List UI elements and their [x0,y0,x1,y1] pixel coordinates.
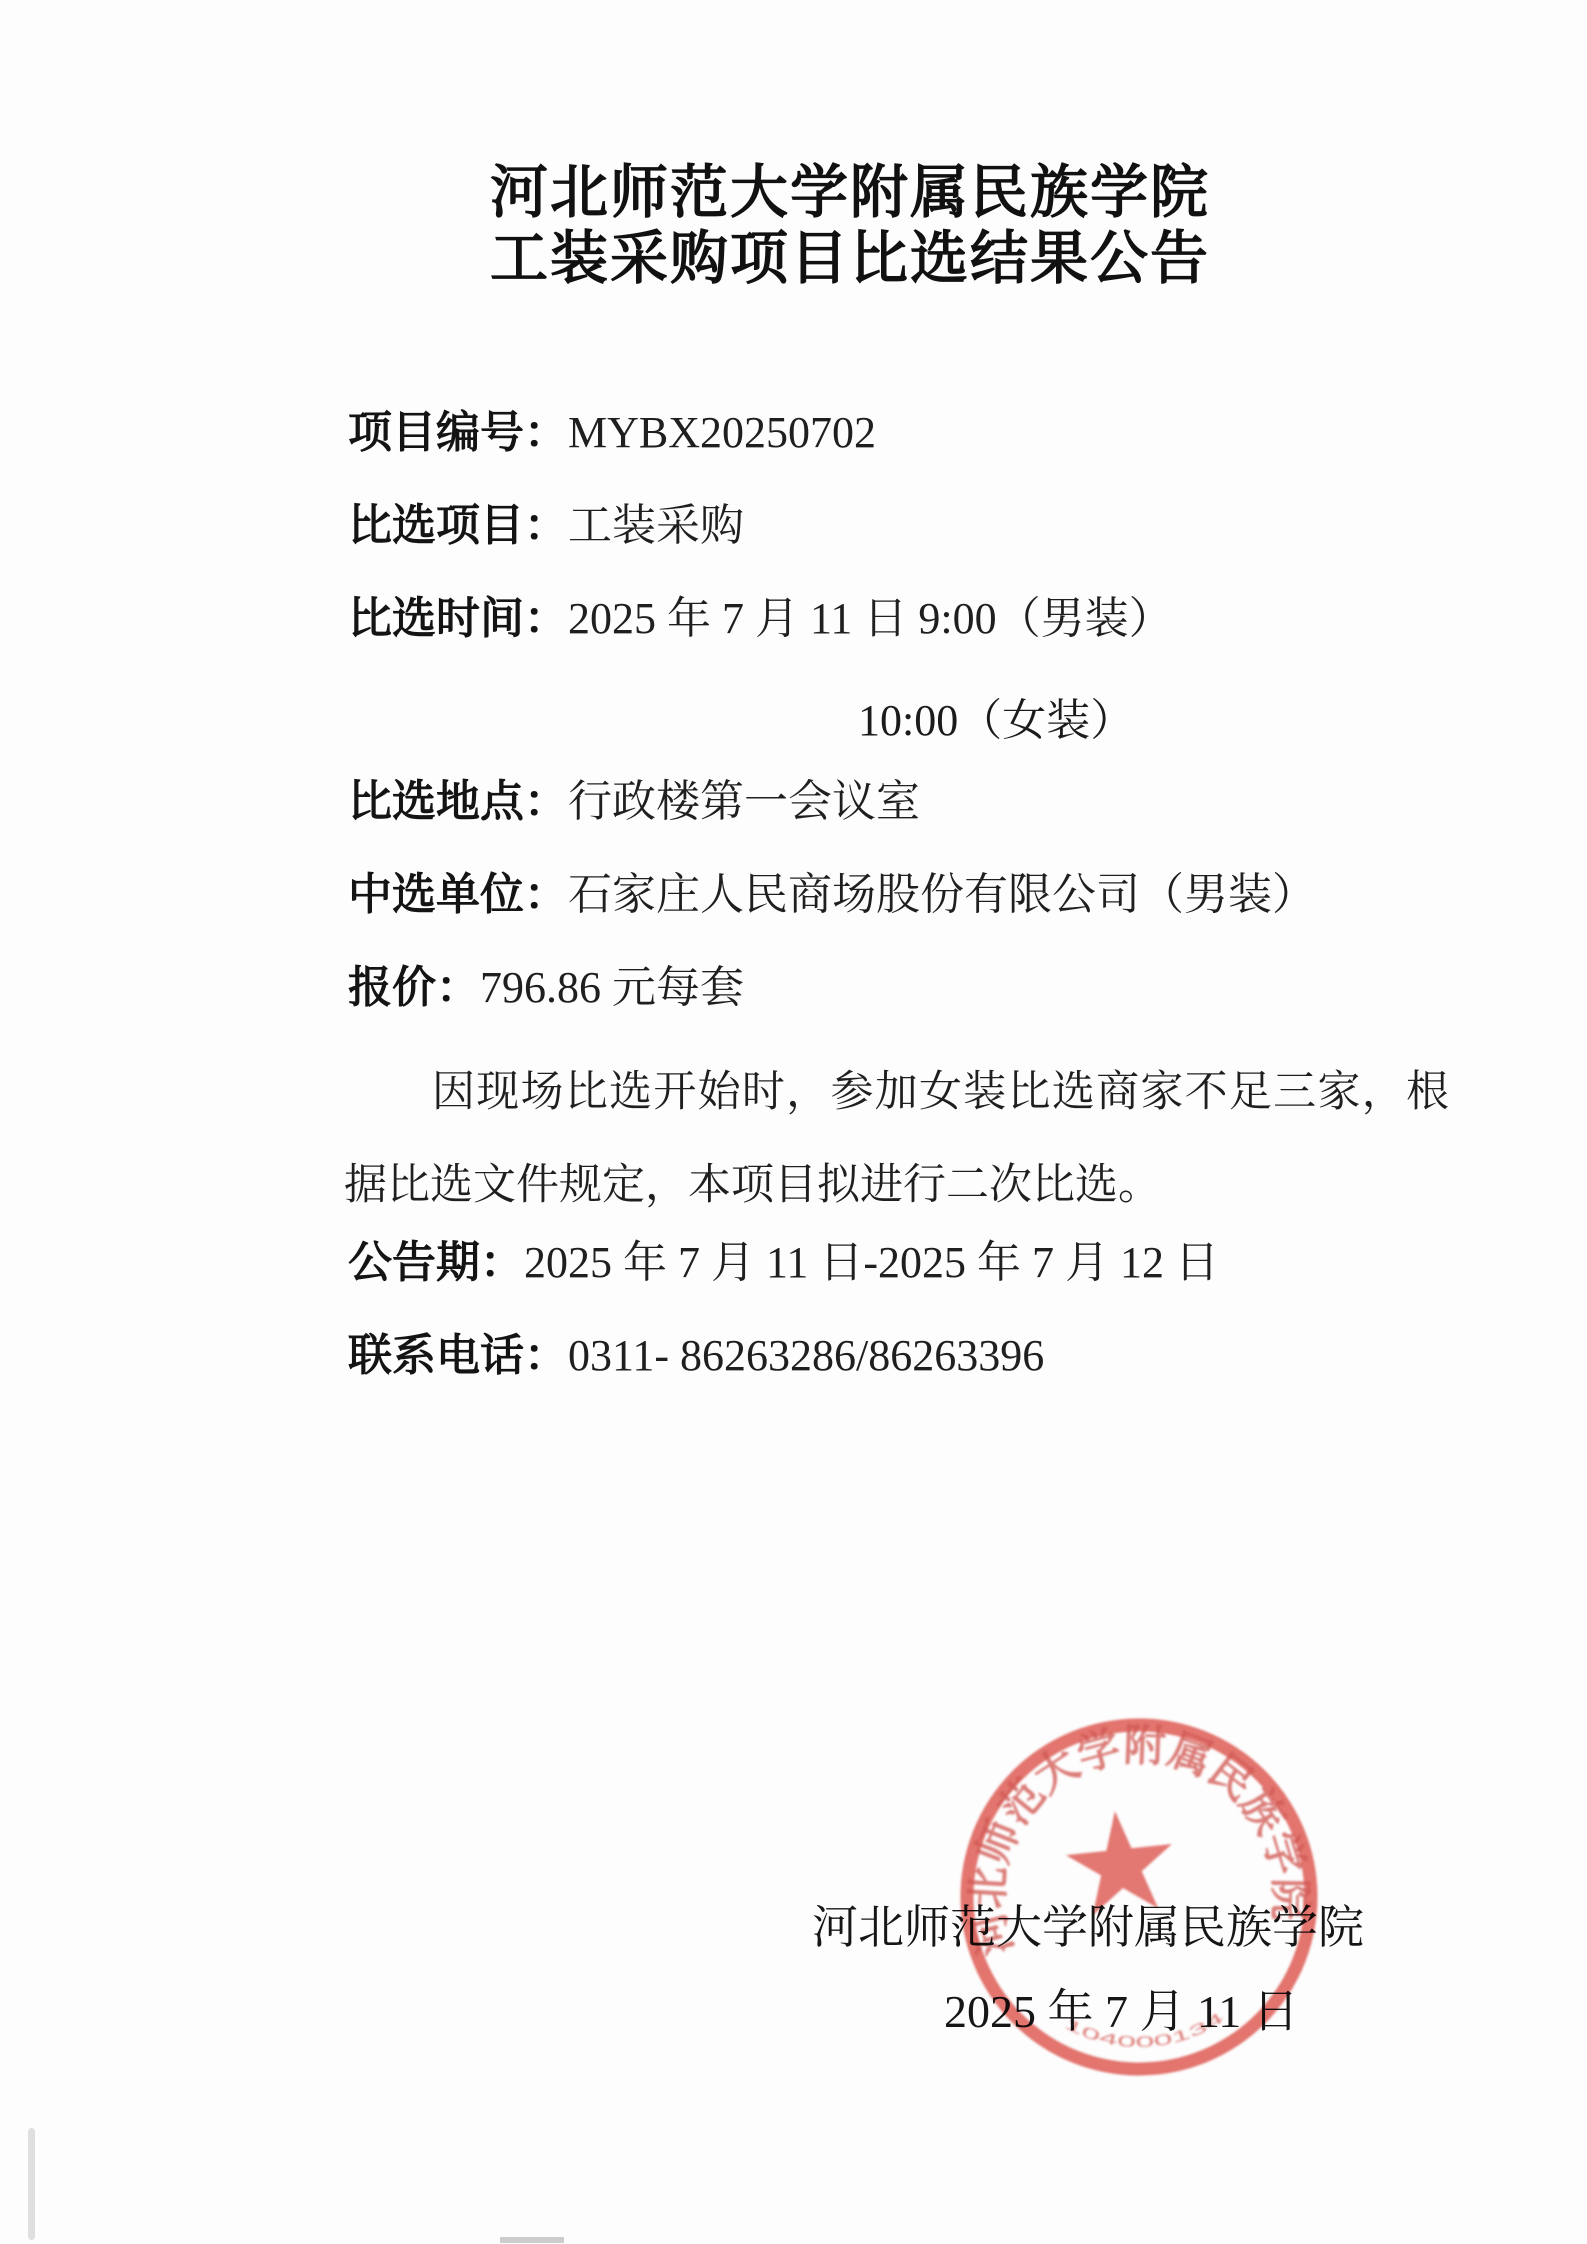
official-seal-stamp: 河北师范大学附属民族学院 104000134 [919,1677,1359,2117]
svg-text:河北师范大学附属民族学院: 河北师范大学附属民族学院 [945,1703,1319,1961]
field-line-project-number: 项目编号：MYBX20250702 [348,408,876,458]
field-value-comparison-time-continued: 10:00（女装） [858,684,1134,748]
document-title: 河北师范大学附属民族学院 工装采购项目比选结果公告 [490,160,1210,292]
field-value-comparison-item: 工装采购 [568,501,744,550]
field-label-announcement-period: 公告期： [348,1238,524,1287]
scan-artifact-streak [28,2128,35,2240]
field-value-project-number: MYBX20250702 [568,408,876,457]
field-value-announcement-period: 2025 年 7 月 11 日-2025 年 7 月 12 日 [524,1238,1219,1287]
field-label-quote-price: 报价： [348,963,480,1012]
scan-artifact-dash [500,2237,564,2243]
field-value-contact-phone: 0311- 86263286/86263396 [568,1331,1044,1380]
field-line-winning-bidder: 中选单位：石家庄人民商场股份有限公司（男装） [348,870,1316,920]
field-value-winning-bidder: 石家庄人民商场股份有限公司（男装） [568,870,1316,919]
field-label-contact-phone: 联系电话： [348,1331,568,1380]
field-value-comparison-place: 行政楼第一会议室 [568,777,920,826]
seal-circular-text: 河北师范大学附属民族学院 [945,1703,1319,1961]
field-label-comparison-time: 比选时间： [348,594,568,643]
field-value-quote-price: 796.86 元每套 [480,963,744,1012]
field-line-quote-price: 报价：796.86 元每套 [348,963,744,1013]
field-label-comparison-item: 比选项目： [348,501,568,550]
title-line-2: 工装采购项目比选结果公告 [490,226,1210,292]
field-label-project-number: 项目编号： [348,408,568,457]
document-page: 河北师范大学附属民族学院 工装采购项目比选结果公告 项目编号：MYBX20250… [0,0,1587,2244]
field-line-announcement-period: 公告期：2025 年 7 月 11 日-2025 年 7 月 12 日 [348,1238,1219,1288]
field-line-comparison-place: 比选地点：行政楼第一会议室 [348,777,920,827]
field-line-comparison-item: 比选项目：工装采购 [348,501,744,551]
field-value-comparison-time: 2025 年 7 月 11 日 9:00（男装） [568,594,1173,643]
re-selection-note-paragraph: 因现场比选开始时，参加女装比选商家不足三家，根据比选文件规定，本项目拟进行二次比… [344,1046,1449,1232]
field-line-comparison-time: 比选时间：2025 年 7 月 11 日 9:00（男装） [348,594,1173,644]
seal-star-icon [1062,1805,1179,1917]
field-label-comparison-place: 比选地点： [348,777,568,826]
field-label-winning-bidder: 中选单位： [348,870,568,919]
field-line-contact-phone: 联系电话：0311- 86263286/86263396 [348,1331,1044,1381]
title-line-1: 河北师范大学附属民族学院 [490,160,1210,226]
